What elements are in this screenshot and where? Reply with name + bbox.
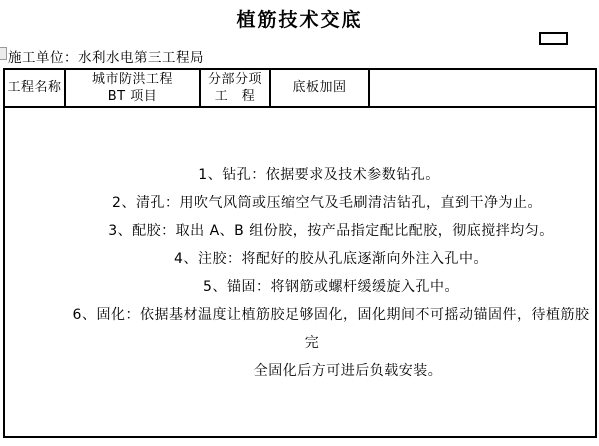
subdivision-value-cell: 底板加固 [270,69,369,107]
left-edge-ui-fragment [0,47,7,60]
content-cell: 1、钻孔：依据要求及技术参数钻孔。 2、清孔：用吹气风筒或压缩空气及毛刷清洁钻孔… [4,107,596,437]
step-cure: 6、固化：依据基材温度让植筋胶足够固化，固化期间不可摇动锚固件，待植筋胶 [5,301,595,329]
empty-form-box [539,32,568,45]
step-drill: 1、钻孔：依据要求及技术参数钻孔。 [5,161,595,189]
project-name-label-cell: 工程名称 [4,69,65,107]
page-title: 植筋技术交底 [0,5,599,32]
info-table: 工程名称 城市防洪工程 BT 项目 分部分项 工 程 底板加固 1、钻孔：依据要… [3,68,597,438]
subdivision-label-cell: 分部分项 工 程 [200,69,270,107]
step-inject-glue: 4、注胶：将配好的胶从孔底逐渐向外注入孔中。 [5,245,595,273]
info-table-header-row: 工程名称 城市防洪工程 BT 项目 分部分项 工 程 底板加固 [4,69,596,107]
step-mix-glue: 3、配胶：取出 A、B 组份胶，按产品指定配比配胶，彻底搅拌均匀。 [5,217,595,245]
step-anchor: 5、锚固：将钢筋或螺杆缓缓旋入孔中。 [5,273,595,301]
project-name-line2: BT 项目 [66,88,199,105]
subdivision-label-line1: 分部分项 [201,71,269,88]
content-row: 1、钻孔：依据要求及技术参数钻孔。 2、清孔：用吹气风筒或压缩空气及毛刷清洁钻孔… [4,107,596,437]
project-name-value-cell: 城市防洪工程 BT 项目 [65,69,200,107]
step-clean: 2、清孔：用吹气风筒或压缩空气及毛刷清洁钻孔，直到干净为止。 [5,189,595,217]
empty-header-cell [369,69,596,107]
project-name-line1: 城市防洪工程 [66,71,199,88]
procedure-steps: 1、钻孔：依据要求及技术参数钻孔。 2、清孔：用吹气风筒或压缩空气及毛刷清洁钻孔… [5,159,595,385]
step-cure-continued: 全固化后方可进后负载安装。 [5,357,595,385]
subdivision-label-line2: 工 程 [201,88,269,105]
step-cure-wrap-char: 完 [5,329,595,357]
construction-unit-line: 施工单位：水利水电第三工程局 [8,46,204,66]
